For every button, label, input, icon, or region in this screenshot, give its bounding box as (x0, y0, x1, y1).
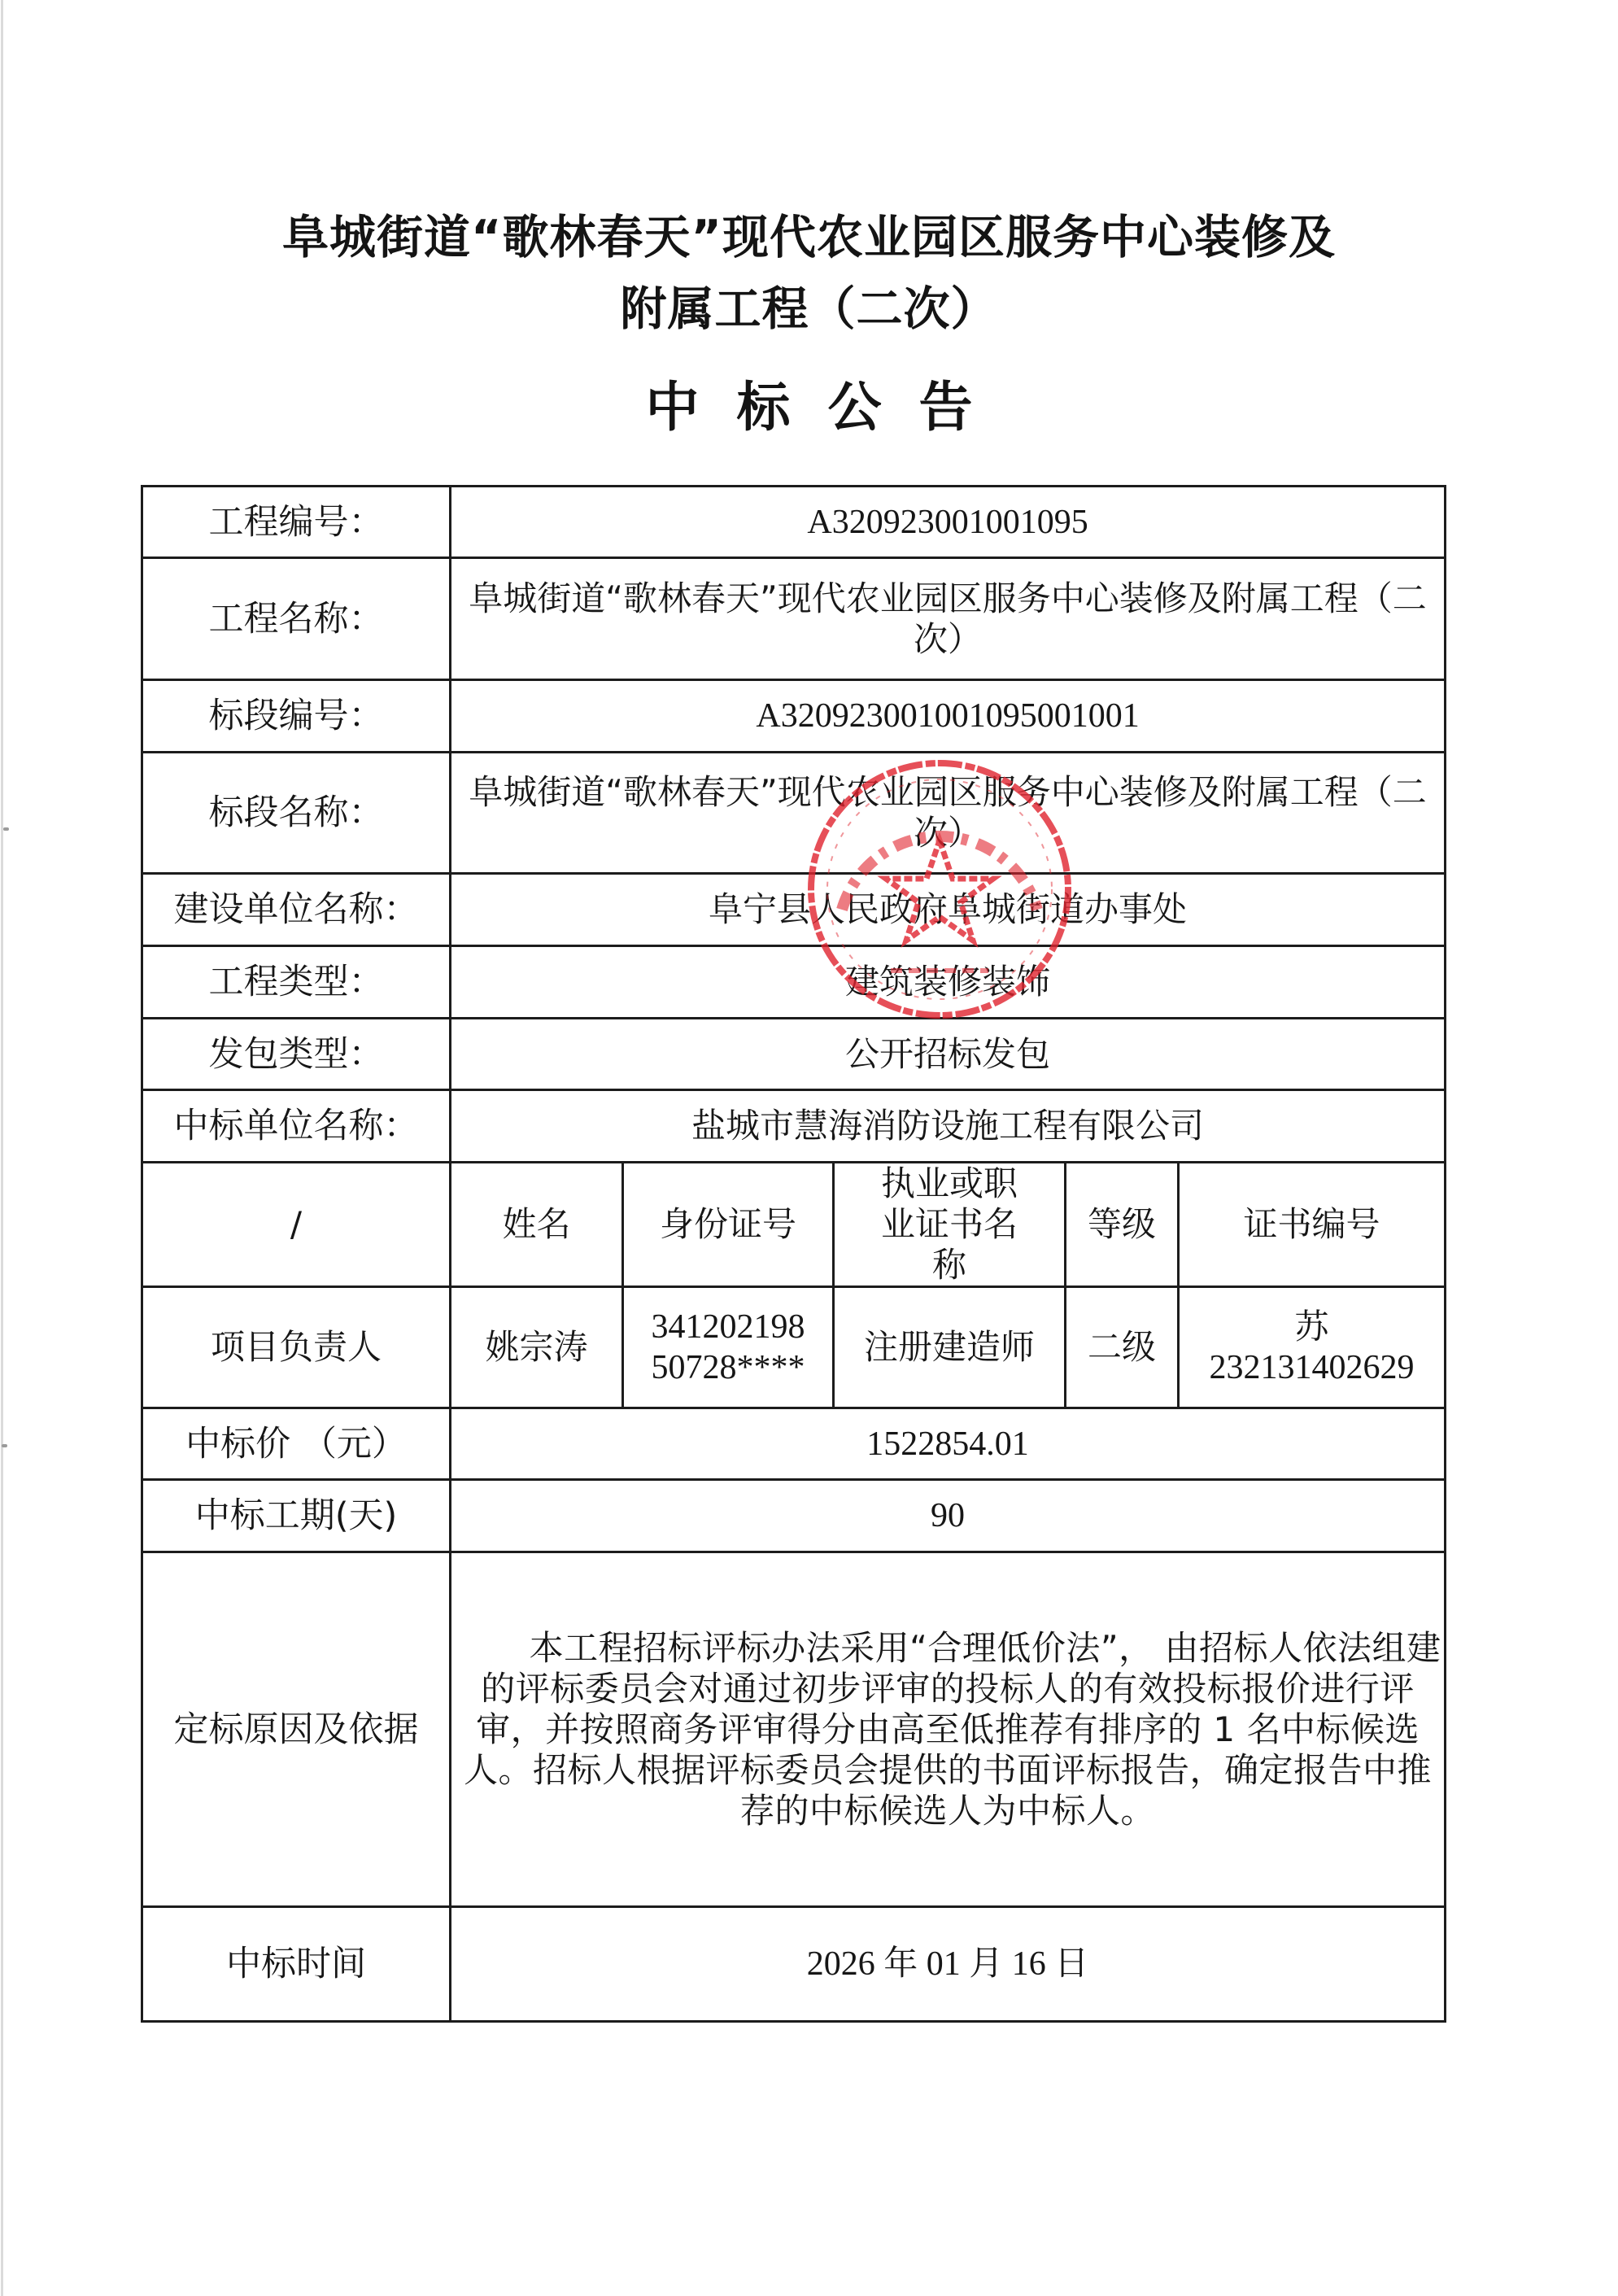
project-type-value: 建筑装修装饰 (451, 946, 1446, 1019)
title-line-2: 附属工程（二次） (0, 273, 1618, 345)
row-award-date: 中标时间 2026 年 01 月 16 日 (142, 1907, 1446, 2022)
project-name-label: 工程名称： (142, 558, 451, 680)
owner-name-value: 阜宁县人民政府阜城街道办事处 (451, 874, 1446, 946)
scan-mark (2, 1444, 7, 1447)
id-number-line-1: 341202198 (624, 1307, 832, 1347)
winner-name-value: 盐城市慧海消防设施工程有限公司 (451, 1090, 1446, 1163)
project-code-value: A320923001001095 (451, 487, 1446, 558)
personnel-id-number: 341202198 50728**** (623, 1287, 834, 1408)
section-code-value: A320923001001095001001 (451, 680, 1446, 753)
project-code-label: 工程编号： (142, 487, 451, 558)
personnel-header-id: 身份证号 (623, 1163, 834, 1287)
personnel-name: 姚宗涛 (451, 1287, 623, 1408)
personnel-header-name: 姓名 (451, 1163, 623, 1287)
section-name-value: 阜城街道“歌林春天”现代农业园区服务中心装修及附属工程（二次） (451, 753, 1446, 874)
row-award-duration: 中标工期(天) 90 (142, 1480, 1446, 1552)
personnel-header-cert-no: 证书编号 (1179, 1163, 1446, 1287)
row-project-code: 工程编号： A320923001001095 (142, 487, 1446, 558)
contract-type-value: 公开招标发包 (451, 1019, 1446, 1090)
personnel-header-certificate: 执业或职业证书名称 (834, 1163, 1066, 1287)
personnel-header-row: / 姓名 身份证号 执业或职业证书名称 等级 证书编号 (142, 1163, 1446, 1287)
owner-name-label: 建设单位名称： (142, 874, 451, 946)
award-duration-value: 90 (451, 1480, 1446, 1552)
winner-name-label: 中标单位名称： (142, 1090, 451, 1163)
contract-type-label: 发包类型： (142, 1019, 451, 1090)
personnel-cert-no: 苏 232131402629 (1179, 1287, 1446, 1408)
row-owner-name: 建设单位名称： 阜宁县人民政府阜城街道办事处 (142, 874, 1446, 946)
id-number-line-2: 50728**** (624, 1347, 832, 1388)
row-winner-name: 中标单位名称： 盐城市慧海消防设施工程有限公司 (142, 1090, 1446, 1163)
award-date-value: 2026 年 01 月 16 日 (451, 1907, 1446, 2022)
section-name-label: 标段名称： (142, 753, 451, 874)
section-code-label: 标段编号： (142, 680, 451, 753)
cert-no-line-1: 苏 (1180, 1307, 1444, 1347)
personnel-header-grade: 等级 (1066, 1163, 1179, 1287)
document-title: 阜城街道“歌林春天”现代农业园区服务中心装修及 附属工程（二次） (0, 202, 1618, 345)
row-project-name: 工程名称： 阜城街道“歌林春天”现代农业园区服务中心装修及附属工程（二次） (142, 558, 1446, 680)
cert-no-line-2: 232131402629 (1180, 1347, 1444, 1388)
row-project-type: 工程类型： 建筑装修装饰 (142, 946, 1446, 1019)
award-notice-table: 工程编号： A320923001001095 工程名称： 阜城街道“歌林春天”现… (141, 485, 1446, 2023)
row-award-reason: 定标原因及依据 本工程招标评标办法采用“合理低价法”， 由招标人依法组建的评标委… (142, 1552, 1446, 1907)
award-reason-label: 定标原因及依据 (142, 1552, 451, 1907)
project-name-value: 阜城街道“歌林春天”现代农业园区服务中心装修及附属工程（二次） (451, 558, 1446, 680)
project-type-label: 工程类型： (142, 946, 451, 1019)
award-price-label: 中标价 （元） (142, 1408, 451, 1480)
award-price-value: 1522854.01 (451, 1408, 1446, 1480)
row-section-code: 标段编号： A320923001001095001001 (142, 680, 1446, 753)
personnel-certificate: 注册建造师 (834, 1287, 1066, 1408)
award-duration-label: 中标工期(天) (142, 1480, 451, 1552)
award-reason-text: 本工程招标评标办法采用“合理低价法”， 由招标人依法组建的评标委员会对通过初步评… (451, 1552, 1446, 1907)
row-section-name: 标段名称： 阜城街道“歌林春天”现代农业园区服务中心装修及附属工程（二次） (142, 753, 1446, 874)
row-award-price: 中标价 （元） 1522854.01 (142, 1408, 1446, 1480)
personnel-row: 项目负责人 姚宗涛 341202198 50728**** 注册建造师 二级 苏… (142, 1287, 1446, 1408)
award-date-label: 中标时间 (142, 1907, 451, 2022)
row-contract-type: 发包类型： 公开招标发包 (142, 1019, 1446, 1090)
title-line-1: 阜城街道“歌林春天”现代农业园区服务中心装修及 (0, 202, 1618, 273)
personnel-role: 项目负责人 (142, 1287, 451, 1408)
notice-heading: 中标公告 (0, 370, 1618, 443)
scan-mark (3, 827, 9, 831)
personnel-grade: 二级 (1066, 1287, 1179, 1408)
personnel-header-slash: / (142, 1163, 451, 1287)
